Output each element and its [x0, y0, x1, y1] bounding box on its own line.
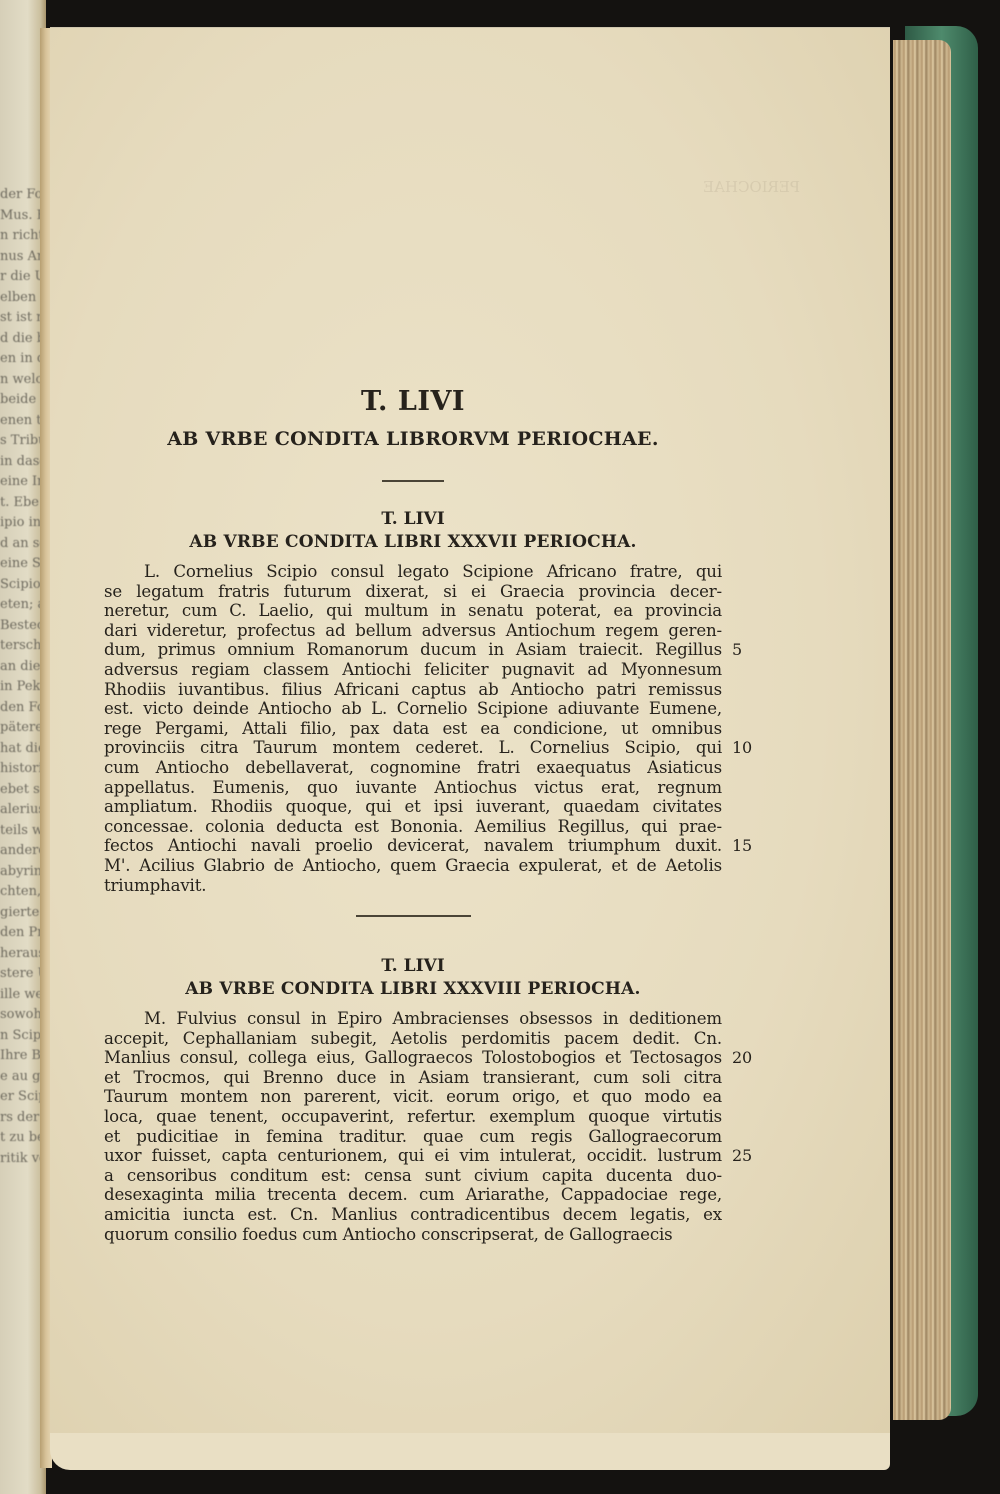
section-divider	[356, 915, 471, 917]
facing-page-line: e au gl	[0, 1067, 42, 1088]
facing-page-line: gierte Bes	[0, 903, 42, 924]
page-subtitle: AB VRBE CONDITA LIBRORVM PERIOCHAE.	[104, 426, 722, 452]
facing-page-line: ebet sei	[0, 780, 42, 801]
facing-page-line: anderet	[0, 841, 42, 862]
facing-page-line: beide d	[0, 390, 42, 411]
text-line: concessae. colonia deducta est Bononia. …	[104, 817, 722, 837]
section-subtitle: AB VRBE CONDITA LIBRI XXXVII PERIOCHA.	[104, 530, 722, 554]
facing-page-line: stere Un	[0, 964, 42, 985]
title-divider	[382, 480, 444, 482]
facing-page-line: t. Ebe	[0, 493, 42, 514]
text-line: rege Pergami, Attali filio, pax data est…	[104, 719, 722, 739]
page-title: T. LIVI	[104, 380, 722, 424]
text-line: appellatus. Eumenis, quo iuvante Antioch…	[104, 778, 722, 798]
facing-page-line: historisch	[0, 759, 42, 780]
facing-page-line: eten; a	[0, 595, 42, 616]
text-line: Rhodiis iuvantibus. filius Africani capt…	[104, 680, 722, 700]
text-line: amicitia iuncta est. Cn. Manlius contrad…	[104, 1205, 722, 1225]
text-line: dari videretur, profectus ad bellum adve…	[104, 621, 722, 641]
text-line: neretur, cum C. Laelio, qui multum in se…	[104, 601, 722, 621]
text-line: Manlius consul, collega eius, Gallograec…	[104, 1048, 722, 1068]
facing-page-line: alerius A	[0, 800, 42, 821]
facing-page-line: d an sei	[0, 534, 42, 555]
facing-page-line: d die beid	[0, 329, 42, 350]
facing-page-line: in dasel	[0, 452, 42, 473]
facing-page-line: eine Stel	[0, 554, 42, 575]
facing-page-line: rs der ch	[0, 1108, 42, 1129]
facing-page-line: eine Inte	[0, 472, 42, 493]
facing-page-line: er Scipion	[0, 1087, 42, 1108]
text-line: cum Antiocho debellaverat, cognomine fra…	[104, 758, 722, 778]
text-line: triumphavit.	[104, 876, 722, 896]
text-line: se legatum fratris futurum dixerat, si e…	[104, 582, 722, 602]
text-line: et Trocmos, qui Brenno duce in Asiam tra…	[104, 1068, 722, 1088]
facing-page-line: pätere Z	[0, 718, 42, 739]
section-body: M. Fulvius consul in Epiro Ambracienses …	[104, 1009, 722, 1244]
line-number: 5	[732, 640, 742, 660]
section-body: L. Cornelius Scipio consul legato Scipio…	[104, 562, 722, 895]
text-line: a censoribus conditum est: censa sunt ci…	[104, 1166, 722, 1186]
facing-page-text: der FomMus. Bfn richtignus Anfar die Ure…	[0, 185, 42, 1169]
line-number: 25	[732, 1146, 752, 1166]
facing-page-line: sowohl d	[0, 1005, 42, 1026]
section-title: T. LIVI	[104, 508, 722, 530]
text-line: uxor fuisset, capta centurionem, qui ei …	[104, 1146, 722, 1166]
facing-page-line: an die St	[0, 657, 42, 678]
periocha-37: T. LIVI AB VRBE CONDITA LIBRI XXXVII PER…	[104, 508, 722, 895]
facing-page-line: der Fom	[0, 185, 42, 206]
line-number: 15	[732, 836, 752, 856]
text-line: provinciis citra Taurum montem cederet. …	[104, 738, 722, 758]
text-line: quorum consilio foedus cum Antiocho cons…	[104, 1225, 722, 1245]
facing-page-line: herausfind	[0, 944, 42, 965]
facing-page-line: abyrinth	[0, 862, 42, 883]
facing-page-line: hat diese	[0, 739, 42, 760]
facing-page-line: teils wel	[0, 821, 42, 842]
facing-page-line: enen tät	[0, 411, 42, 432]
facing-page-line: st ist nich	[0, 308, 42, 329]
facing-page-line: chten, bes	[0, 882, 42, 903]
facing-page-line: n richtig	[0, 226, 42, 247]
text-line: accepit, Cephallaniam subegit, Aetolis p…	[104, 1029, 722, 1049]
facing-page-line: t zu beacht	[0, 1128, 42, 1149]
facing-page-line: Bestech	[0, 616, 42, 637]
text-line: Taurum montem non parerent, vicit. eorum…	[104, 1087, 722, 1107]
line-number: 10	[732, 738, 752, 758]
periocha-38: T. LIVI AB VRBE CONDITA LIBRI XXXVIII PE…	[104, 955, 722, 1244]
facing-page-line: Scipio i	[0, 575, 42, 596]
page-content: T. LIVI AB VRBE CONDITA LIBRORVM PERIOCH…	[104, 380, 722, 1244]
facing-page-line: nus Anfa	[0, 247, 42, 268]
facing-page-line: ipio in d	[0, 513, 42, 534]
text-line: M. Fulvius consul in Epiro Ambracienses …	[104, 1009, 722, 1029]
text-line: et pudicitiae in femina traditur. quae c…	[104, 1127, 722, 1147]
facing-page-line: ille wel	[0, 985, 42, 1006]
facing-page-line: elben sin	[0, 288, 42, 309]
facing-page-line: Ihre B	[0, 1046, 42, 1067]
facing-page-line: den Pros	[0, 923, 42, 944]
text-line: L. Cornelius Scipio consul legato Scipio…	[104, 562, 722, 582]
text-line: M'. Acilius Glabrio de Antiocho, quem Gr…	[104, 856, 722, 876]
facing-page-line: terschlag	[0, 636, 42, 657]
facing-page-line: s Tribun	[0, 431, 42, 452]
facing-page-line: r die Ur	[0, 267, 42, 288]
text-line: ampliatum. Rhodiis quoque, qui et ipsi i…	[104, 797, 722, 817]
facing-page-line: en in d	[0, 349, 42, 370]
page-stack-edge	[893, 40, 951, 1420]
facing-page-line: Mus. Bf	[0, 206, 42, 227]
facing-page-line: den Forme	[0, 698, 42, 719]
text-line: dum, primus omnium Romanorum ducum in As…	[104, 640, 722, 660]
section-subtitle: AB VRBE CONDITA LIBRI XXXVIII PERIOCHA.	[104, 977, 722, 1001]
text-line: desexaginta milia trecenta decem. cum Ar…	[104, 1185, 722, 1205]
section-title: T. LIVI	[104, 955, 722, 977]
facing-page-line: n welche	[0, 370, 42, 391]
text-line: adversus regiam classem Antiochi felicit…	[104, 660, 722, 680]
text-line: loca, quae tenent, occupaverint, refertu…	[104, 1107, 722, 1127]
text-line: fectos Antiochi navali proelio devicerat…	[104, 836, 722, 856]
text-line: est. victo deinde Antiocho ab L. Corneli…	[104, 699, 722, 719]
facing-page-line: n Scipion	[0, 1026, 42, 1047]
facing-page-line: in Pekul	[0, 677, 42, 698]
facing-page-line: ritik von W	[0, 1149, 42, 1170]
line-number: 20	[732, 1048, 752, 1068]
